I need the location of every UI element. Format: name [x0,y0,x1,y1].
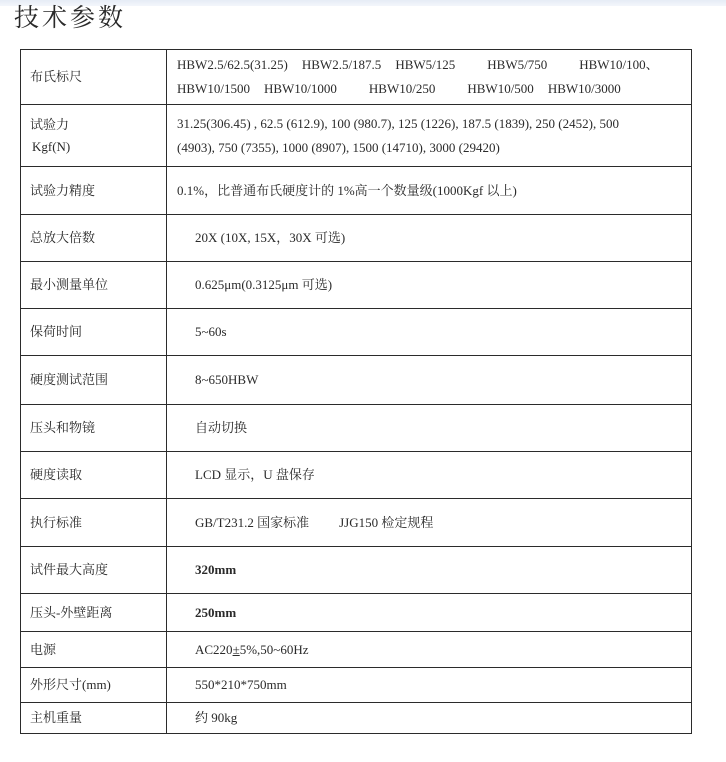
row-value: 320mm [167,547,692,594]
row-label: 外形尺寸(mm) [21,668,167,703]
hbw-scale: HBW10/1000 [264,81,337,96]
hbw-scale: HBW2.5/187.5 [302,57,381,72]
table-row: 保荷时间 5~60s [21,309,692,356]
table-row: 试验力 Kgf(N) 31.25(306.45) , 62.5 (612.9),… [21,105,692,167]
table-row: 压头和物镜 自动切换 [21,405,692,452]
row-value: HBW2.5/62.5(31.25)HBW2.5/187.5HBW5/125HB… [167,50,692,105]
hbw-scale: HBW10/500 [467,81,533,96]
hbw-line-2: HBW10/1500HBW10/1000HBW10/250HBW10/500HB… [177,77,691,101]
power-post: 5%,50~60Hz [240,642,309,657]
row-value: GB/T231.2 国家标准JJG150 检定规程 [167,499,692,547]
row-label: 布氏标尺 [21,50,167,105]
hbw-line-1: HBW2.5/62.5(31.25)HBW2.5/187.5HBW5/125HB… [177,53,691,77]
row-label: 压头-外壁距离 [21,594,167,632]
row-label-main: 试验力 [30,114,166,136]
row-label: 压头和物镜 [21,405,167,452]
row-value: 约 90kg [167,703,692,734]
table-row: 压头-外壁距离 250mm [21,594,692,632]
table-row: 总放大倍数 20X (10X, 15X，30X 可选) [21,215,692,262]
hbw-scale: HBW5/125 [395,57,455,72]
value-line: (4903), 750 (7355), 1000 (8907), 1500 (1… [177,136,691,160]
spec-table: 布氏标尺 HBW2.5/62.5(31.25)HBW2.5/187.5HBW5/… [20,49,692,734]
table-row: 最小测量单位 0.625μm(0.3125μm 可选) [21,262,692,309]
table-row: 电源 AC220±5%,50~60Hz [21,632,692,668]
hbw-scale: HBW10/100、 [579,57,658,72]
row-label: 试件最大高度 [21,547,167,594]
standard-jjg: JJG150 检定规程 [339,515,433,530]
row-label: 电源 [21,632,167,668]
row-value: 5~60s [167,309,692,356]
row-label: 硬度测试范围 [21,356,167,405]
row-value: 0.1%，比普通布氏硬度计的 1%高一个数量级(1000Kgf 以上) [167,167,692,215]
table-row: 主机重量 约 90kg [21,703,692,734]
hbw-scale: HBW5/750 [487,57,547,72]
plus-minus-sign: ± [233,642,240,657]
table-row: 试件最大高度 320mm [21,547,692,594]
row-value: 自动切换 [167,405,692,452]
table-row: 布氏标尺 HBW2.5/62.5(31.25)HBW2.5/187.5HBW5/… [21,50,692,105]
table-row: 外形尺寸(mm) 550*210*750mm [21,668,692,703]
standard-gb: GB/T231.2 国家标准 [195,515,309,530]
value-line: 31.25(306.45) , 62.5 (612.9), 100 (980.7… [177,112,691,136]
table-row: 硬度测试范围 8~650HBW [21,356,692,405]
table-row: 硬度读取 LCD 显示，U 盘保存 [21,452,692,499]
row-value: 250mm [167,594,692,632]
row-value: AC220±5%,50~60Hz [167,632,692,668]
row-label: 硬度读取 [21,452,167,499]
row-label: 总放大倍数 [21,215,167,262]
row-label: 试验力 Kgf(N) [21,105,167,167]
row-label: 主机重量 [21,703,167,734]
row-value: 550*210*750mm [167,668,692,703]
throat-depth-value: 250mm [195,605,236,620]
row-value: 0.625μm(0.3125μm 可选) [167,262,692,309]
row-label: 保荷时间 [21,309,167,356]
row-value: 20X (10X, 15X，30X 可选) [167,215,692,262]
row-label: 试验力精度 [21,167,167,215]
table-row: 试验力精度 0.1%，比普通布氏硬度计的 1%高一个数量级(1000Kgf 以上… [21,167,692,215]
max-height-value: 320mm [195,562,236,577]
hbw-scale: HBW10/250 [369,81,435,96]
power-pre: AC220 [195,642,233,657]
table-row: 执行标准 GB/T231.2 国家标准JJG150 检定规程 [21,499,692,547]
row-label-unit: Kgf(N) [30,136,166,158]
hbw-scale: HBW10/1500 [177,81,250,96]
hbw-scale: HBW10/3000 [548,81,621,96]
row-value: 8~650HBW [167,356,692,405]
row-value: 31.25(306.45) , 62.5 (612.9), 100 (980.7… [167,105,692,167]
row-label: 执行标准 [21,499,167,547]
hbw-scale: HBW2.5/62.5(31.25) [177,57,288,72]
row-label: 最小测量单位 [21,262,167,309]
page-title: 技术参数 [14,3,126,33]
row-value: LCD 显示，U 盘保存 [167,452,692,499]
